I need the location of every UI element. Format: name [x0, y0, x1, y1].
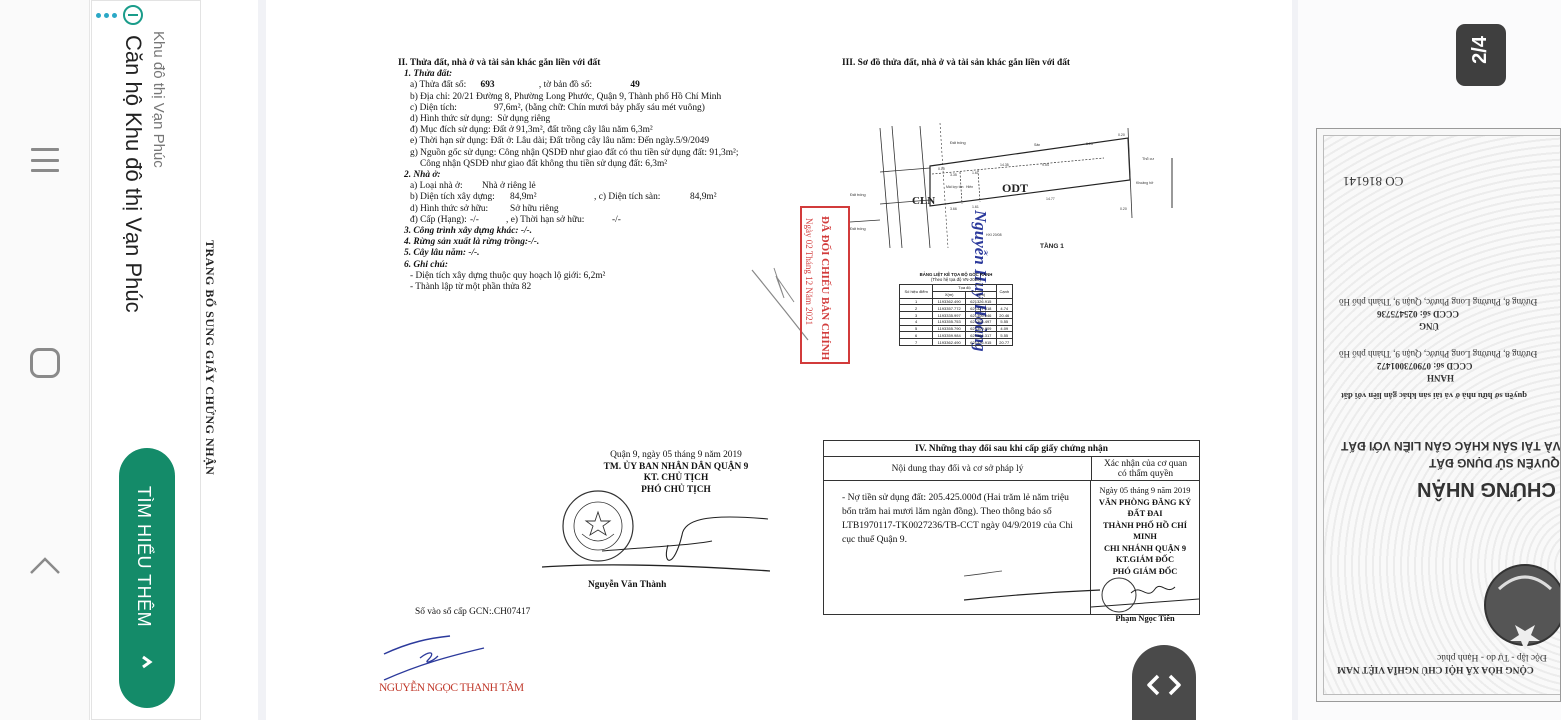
confirm-signer: Phạm Ngọc Tiên: [1091, 613, 1199, 625]
land-heading: 1. Thửa đất:: [398, 69, 818, 80]
svg-text:Khoảng hở: Khoảng hở: [1136, 181, 1154, 185]
ownership-row: d) Hình thức sở hữu:Sở hữu riêng: [398, 204, 818, 215]
origin-row-2: Công nhận QSDĐ như giao đất không thu ti…: [398, 159, 818, 170]
svg-text:9.54: 9.54: [1042, 163, 1049, 167]
table-row: 71193362.490621326.91520.77: [900, 339, 1013, 346]
svg-text:Sân: Sân: [1034, 143, 1040, 147]
table-row: 41193355.753621306.4975.55: [900, 318, 1013, 325]
house-type-row: a) Loại nhà ở:Nhà ở riêng lẻ: [398, 181, 818, 192]
parcel-row: a) Thửa đất số: 693 , tờ bản đồ số: 49: [398, 80, 818, 91]
parcel-number: 693: [481, 80, 537, 91]
certificate-serial: CO 816141: [1343, 173, 1403, 189]
line-mark: [962, 566, 1102, 606]
area-row: c) Diện tích:97,6m², (bằng chữ: Chín mươ…: [398, 103, 818, 114]
learn-more-label: TÌM HIỂU THÊM: [133, 486, 154, 627]
gcn-register-number: Số vào sổ cấp GCN:.CH07417: [415, 607, 530, 617]
previous-page-heading: TRANG BỔ SUNG GIẤY CHỨNG NHẬN: [202, 240, 217, 475]
house-heading: 2. Nhà ở:: [398, 170, 818, 181]
use-form-row: d) Hình thức sử dụng: Sử dụng riêng: [398, 114, 818, 125]
svg-text:Đất trống: Đất trống: [950, 141, 966, 145]
svg-text:ODT: ODT: [1002, 181, 1028, 195]
table-row: 31193335.997621306.94620.46: [900, 312, 1013, 319]
recent-apps-icon[interactable]: [28, 140, 62, 180]
svg-text:14.35: 14.35: [1000, 163, 1009, 167]
svg-text:1.61: 1.61: [972, 171, 979, 175]
ad-title: Căn hộ Khu đô thị Vạn Phúc: [120, 35, 146, 313]
svg-text:Thổ cư: Thổ cư: [1142, 157, 1154, 161]
document-page: II. Thửa đất, nhà ở và tài sản khác gắn …: [272, 0, 1292, 720]
changes-col-content: Nội dung thay đổi và cơ sở pháp lý: [824, 457, 1092, 480]
system-navigation-bar: [0, 0, 90, 720]
certified-copy-stamp: ĐÃ ĐỐI CHIẾU BẢN CHÍNH Ngày 02 Tháng 12 …: [800, 206, 850, 364]
coordinate-table: BẢNG LIỆT KÊ TỌA ĐỘ GÓC RANH (Theo hệ tọ…: [899, 272, 1013, 346]
info-icon[interactable]: [123, 5, 143, 25]
code-arrows-icon: [1144, 673, 1184, 697]
map-number: 49: [630, 80, 639, 90]
forest: 4. Rừng sản xuất là rừng trồng:-/-.: [398, 237, 818, 248]
table-row: 11193362.490621326.915: [900, 298, 1013, 305]
learn-more-button[interactable]: TÌM HIỂU THÊM: [119, 448, 175, 708]
more-dots-icon[interactable]: [96, 13, 117, 18]
officer-signature: [380, 628, 490, 684]
signer-name: Nguyễn Văn Thành: [588, 580, 666, 590]
chevron-down-icon: [139, 654, 155, 670]
address-row: b) Địa chỉ: 20/21 Đường 8, Phường Long P…: [398, 92, 818, 103]
page-indicator[interactable]: 2/4: [1456, 24, 1506, 86]
national-emblem: [1463, 559, 1561, 649]
svg-text:Hiên: Hiên: [966, 185, 973, 189]
svg-text:0.20: 0.20: [1120, 207, 1127, 211]
svg-text:3.35: 3.35: [950, 173, 957, 177]
purpose-row: đ) Mục đích sử dụng: Đất ở 91,3m², đất t…: [398, 125, 818, 136]
certificate-title: CHỨNG NHẬN: [1417, 477, 1556, 500]
signing-org: TM. ỦY BAN NHÂN DÂN QUẬN 9: [556, 462, 796, 474]
section3-heading: III. Sơ đồ thửa đất, nhà ở và tài sản kh…: [842, 58, 1070, 68]
origin-row: g) Nguồn gốc sử dụng: Công nhận QSDĐ như…: [398, 148, 818, 159]
changes-heading: IV. Những thay đổi sau khi cấp giấy chứn…: [824, 441, 1199, 457]
page-gutter: TRANG BỔ SUNG GIẤY CHỨNG NHẬN: [202, 0, 266, 720]
director-signature: [542, 505, 772, 575]
office-seal: [1091, 577, 1199, 613]
svg-text:Đất trống: Đất trống: [850, 227, 866, 231]
land-plot-diagram: ODT CLN TẦNG 1 Đất trống Đất trống Đất t…: [850, 108, 1190, 248]
svg-text:CLN: CLN: [912, 195, 935, 207]
ad-banner[interactable]: Khu đô thị Vạn Phúc Căn hộ Khu đô thị Vạ…: [91, 0, 201, 720]
toggle-navigation-button[interactable]: [1132, 645, 1196, 720]
section2-heading: II. Thửa đất, nhà ở và tài sản khác gắn …: [398, 58, 818, 69]
svg-text:6.15: 6.15: [1086, 142, 1093, 146]
table-row: 61193359.984621306.3175.55: [900, 332, 1013, 339]
signing-date: Quận 9, ngày 05 tháng 9 năm 2019: [556, 450, 796, 462]
back-icon[interactable]: [28, 548, 62, 582]
term-row: e) Thời hạn sử dụng: Đất ở: Lâu dài; Đất…: [398, 136, 818, 147]
home-icon[interactable]: [28, 346, 62, 380]
ad-subtitle: Khu đô thị Vạn Phúc: [150, 31, 167, 168]
svg-text:Mái lợp tôn: Mái lợp tôn: [946, 185, 964, 189]
table-row: 51193355.790621309.8094.09: [900, 325, 1013, 332]
svg-text:TẦNG 1: TẦNG 1: [1040, 240, 1064, 248]
other-works: 3. Công trình xây dựng khác: -/-.: [398, 226, 818, 237]
built-area-row: b) Diện tích xây dựng:84,9m², c) Diện tí…: [398, 192, 818, 203]
officer-name: NGUYỄN NGỌC THANH TÂM: [379, 682, 524, 694]
signing-role: KT. CHỦ TỊCH: [556, 473, 796, 485]
table-row: 21193357.772621327.3184.74: [900, 305, 1013, 312]
svg-text:14.77: 14.77: [1046, 197, 1055, 201]
svg-text:0.20: 0.20: [1118, 133, 1125, 137]
svg-text:1.61: 1.61: [972, 205, 979, 209]
changes-col-confirm: Xác nhận của cơ quan có thẩm quyền: [1092, 457, 1199, 480]
svg-text:HXI 20/08: HXI 20/08: [986, 233, 1002, 237]
confirm-seal-area: [1091, 577, 1199, 613]
change-confirmation: Ngày 05 tháng 9 năm 2019 VĂN PHÒNG ĐĂNG …: [1091, 481, 1199, 614]
grade-row: đ) Cấp (Hạng):-/-, e) Thời hạn sở hữu:-/…: [398, 215, 818, 226]
svg-text:3.66: 3.66: [950, 207, 957, 211]
section-land-and-house: II. Thửa đất, nhà ở và tài sản khác gắn …: [398, 58, 818, 293]
svg-text:Đất trống: Đất trống: [850, 193, 866, 197]
perennial-trees: 5. Cây lâu năm: -/-.: [398, 248, 818, 259]
svg-text:0.10: 0.10: [938, 167, 945, 171]
next-page-certificate: CO 816141 Đường 8, Phường Long Phước, Qu…: [1316, 128, 1561, 702]
